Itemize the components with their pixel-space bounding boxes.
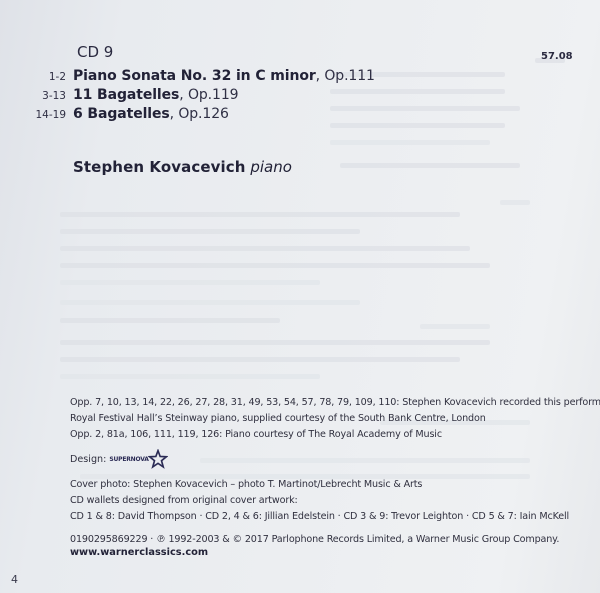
page-number: 4 [11, 573, 18, 586]
track-numbers: 3-13 [6, 90, 66, 102]
cd-title: CD 9 [77, 43, 113, 61]
opus-number: , Op.111 [316, 68, 375, 84]
track-numbers: 14-19 [6, 109, 66, 121]
website-link: www.warnerclassics.com [70, 547, 208, 558]
design-label: Design: [70, 454, 106, 465]
opus-number: , Op.119 [179, 87, 238, 103]
track-row: 3-13 11 Bagatelles, Op.119 [0, 87, 600, 105]
total-duration: 57.08 [541, 51, 573, 62]
design-brand-logo: SUPERNOVA [109, 456, 148, 463]
recording-note-line: Royal Festival Hall’s Steinway piano, su… [70, 411, 600, 427]
recording-note-line: Opp. 7, 10, 13, 14, 22, 26, 27, 28, 31, … [70, 395, 600, 411]
copyright-notice: 0190295869229 · ℗ 1992-2003 & © 2017 Par… [70, 532, 559, 548]
track-row: 14-19 6 Bagatelles, Op.126 [0, 106, 600, 124]
work-title: 6 Bagatelles, Op.126 [73, 106, 229, 122]
recording-note-line: Opp. 2, 81a, 106, 111, 119, 126: Piano c… [70, 427, 600, 443]
artwork-credit-line: Cover photo: Stephen Kovacevich – photo … [70, 477, 569, 493]
star-icon [148, 449, 168, 469]
track-numbers: 1-2 [6, 71, 66, 83]
work-title: 11 Bagatelles, Op.119 [73, 87, 238, 103]
artwork-credits: Cover photo: Stephen Kovacevich – photo … [70, 477, 569, 525]
recording-notes: Opp. 7, 10, 13, 14, 22, 26, 27, 28, 31, … [70, 395, 600, 443]
artwork-credit-line: CD wallets designed from original cover … [70, 493, 569, 509]
work-title: Piano Sonata No. 32 in C minor, Op.111 [73, 68, 375, 84]
opus-number: , Op.126 [170, 106, 229, 122]
performer-name: Stephen Kovacevich [73, 158, 246, 176]
artwork-credit-line: CD 1 & 8: David Thompson · CD 2, 4 & 6: … [70, 509, 569, 525]
performer-credit: Stephen Kovacevich piano [73, 158, 292, 176]
performer-instrument: piano [250, 158, 292, 176]
design-credit: Design: SUPERNOVA [70, 449, 168, 469]
track-row: 1-2 Piano Sonata No. 32 in C minor, Op.1… [0, 68, 600, 86]
